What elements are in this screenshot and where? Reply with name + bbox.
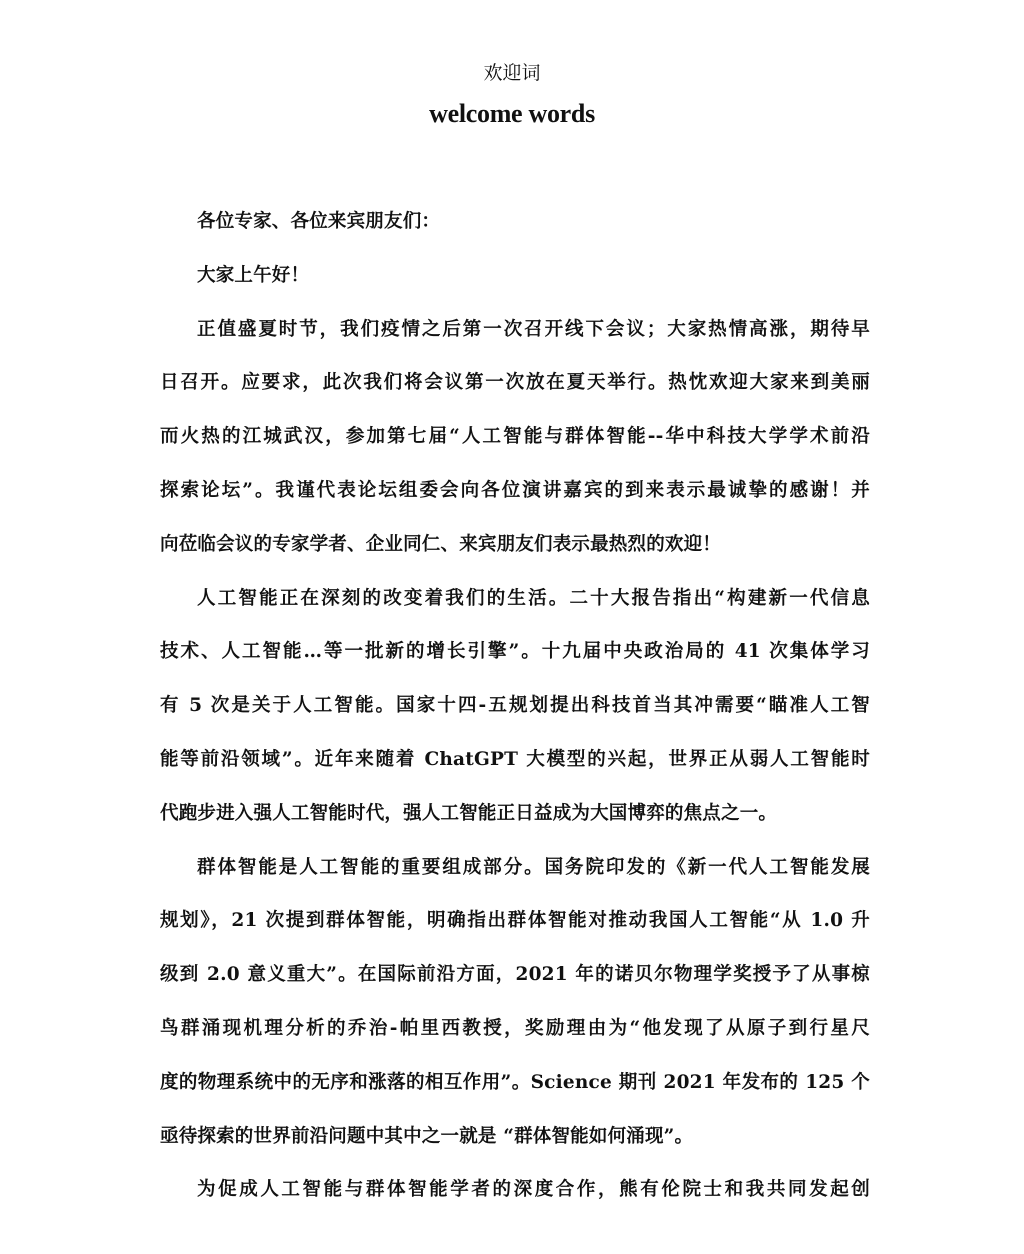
paragraph-line: 正值盛夏时节，我们疫情之后第一次召开线下会议；大家热情高涨，期待早 — [160, 316, 870, 370]
document-body: 各位专家、各位来宾朋友们： 大家上午好！ 正值盛夏时节，我们疫情之后第一次召开线… — [160, 208, 870, 1230]
paragraph-line: 代跑步进入强人工智能时代，强人工智能正日益成为大国博弈的焦点之一。 — [160, 800, 870, 854]
paragraph-line: 度的物理系统中的无序和涨落的相互作用”。Science 期刊 2021 年发布的… — [160, 1069, 870, 1123]
paragraph-line: 向莅临会议的专家学者、企业同仁、来宾朋友们表示最热烈的欢迎！ — [160, 531, 870, 585]
paragraph-line: 人工智能正在深刻的改变着我们的生活。二十大报告指出“构建新一代信息 — [160, 585, 870, 639]
paragraph-line: 能等前沿领域”。近年来随着 ChatGPT 大模型的兴起，世界正从弱人工智能时 — [160, 746, 870, 800]
paragraph-line: 而火热的江城武汉，参加第七届“人工智能与群体智能--华中科技大学学术前沿 — [160, 423, 870, 477]
paragraph-line: 级到 2.0 意义重大”。在国际前沿方面，2021 年的诺贝尔物理学奖授予了从事… — [160, 961, 870, 1015]
paragraph-line: 日召开。应要求，此次我们将会议第一次放在夏天举行。热忱欢迎大家来到美丽 — [160, 369, 870, 423]
paragraph-line: 有 5 次是关于人工智能。国家十四-五规划提出科技首当其冲需要“瞄准人工智 — [160, 692, 870, 746]
salutation-line: 各位专家、各位来宾朋友们： — [160, 208, 870, 262]
paragraph-line: 为促成人工智能与群体智能学者的深度合作，熊有伦院士和我共同发起创 — [160, 1176, 870, 1230]
paragraph-line: 探索论坛”。我谨代表论坛组委会向各位演讲嘉宾的到来表示最诚挚的感谢！并 — [160, 477, 870, 531]
document-title-chinese: 欢迎词 — [0, 60, 1024, 86]
greeting-line: 大家上午好！ — [160, 262, 870, 316]
paragraph-line: 鸟群涌现机理分析的乔治-帕里西教授，奖励理由为“他发现了从原子到行星尺 — [160, 1015, 870, 1069]
paragraph-line: 亟待探索的世界前沿问题中其中之一就是 “群体智能如何涌现”。 — [160, 1123, 870, 1177]
paragraph-line: 规划》，21 次提到群体智能，明确指出群体智能对推动我国人工智能“从 1.0 升 — [160, 907, 870, 961]
paragraph-line: 技术、人工智能…等一批新的增长引擎”。十九届中央政治局的 41 次集体学习 — [160, 638, 870, 692]
document-page: 欢迎词 welcome words 各位专家、各位来宾朋友们： 大家上午好！ 正… — [0, 0, 1024, 1254]
document-title-english: welcome words — [0, 97, 1024, 131]
paragraph-line: 群体智能是人工智能的重要组成部分。国务院印发的《新一代人工智能发展 — [160, 854, 870, 908]
